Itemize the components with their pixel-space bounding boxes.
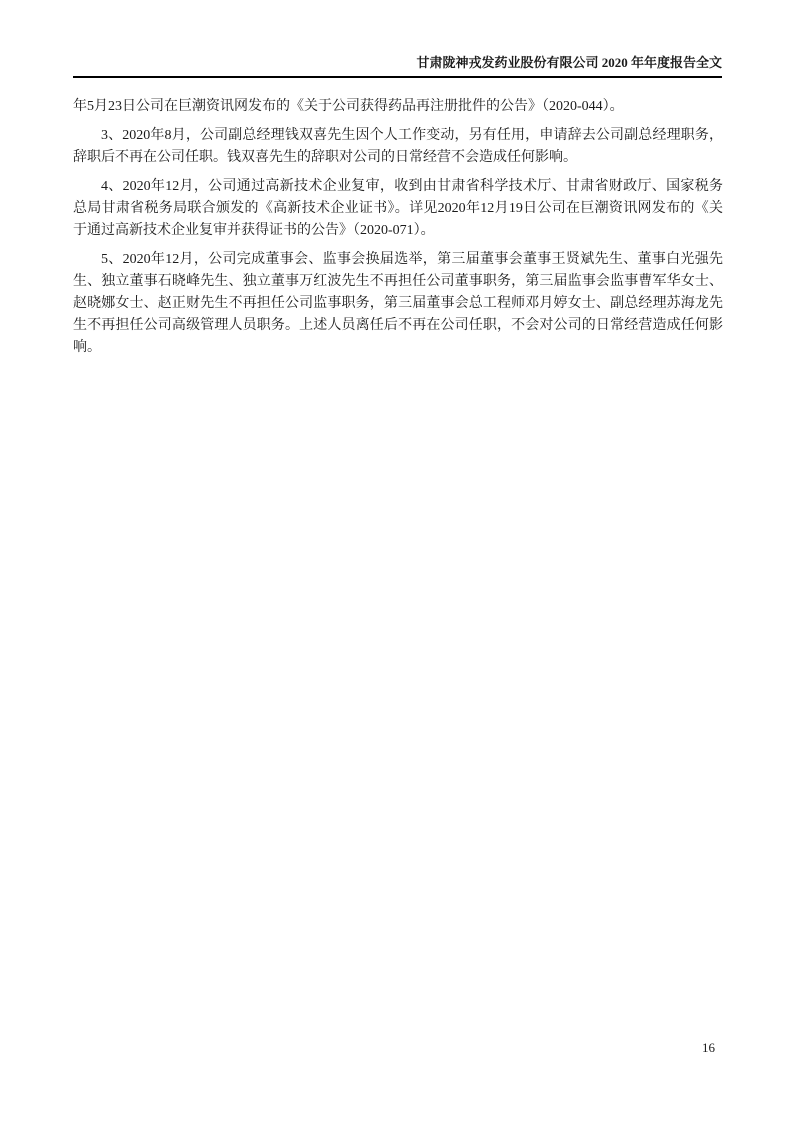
document-page: 甘肃陇神戎发药业股份有限公司 2020 年年度报告全文 年5月23日公司在巨潮资… xyxy=(0,0,793,1122)
page-number: 16 xyxy=(702,1040,715,1056)
paragraph-item-5: 5、2020年12月，公司完成董事会、监事会换届选举，第三届董事会董事王贤斌先生… xyxy=(73,249,723,359)
header-divider-rule xyxy=(73,76,722,78)
paragraph-item-3: 3、2020年8月，公司副总经理钱双喜先生因个人工作变动，另有任用，申请辞去公司… xyxy=(73,125,723,169)
report-header-title: 甘肃陇神戎发药业股份有限公司 2020 年年度报告全文 xyxy=(73,54,722,72)
paragraph-continuation: 年5月23日公司在巨潮资讯网发布的《关于公司获得药品再注册批件的公告》（2020… xyxy=(73,96,723,118)
document-body: 年5月23日公司在巨潮资讯网发布的《关于公司获得药品再注册批件的公告》（2020… xyxy=(73,96,723,366)
paragraph-item-4: 4、2020年12月，公司通过高新技术企业复审，收到由甘肃省科学技术厅、甘肃省财… xyxy=(73,176,723,242)
